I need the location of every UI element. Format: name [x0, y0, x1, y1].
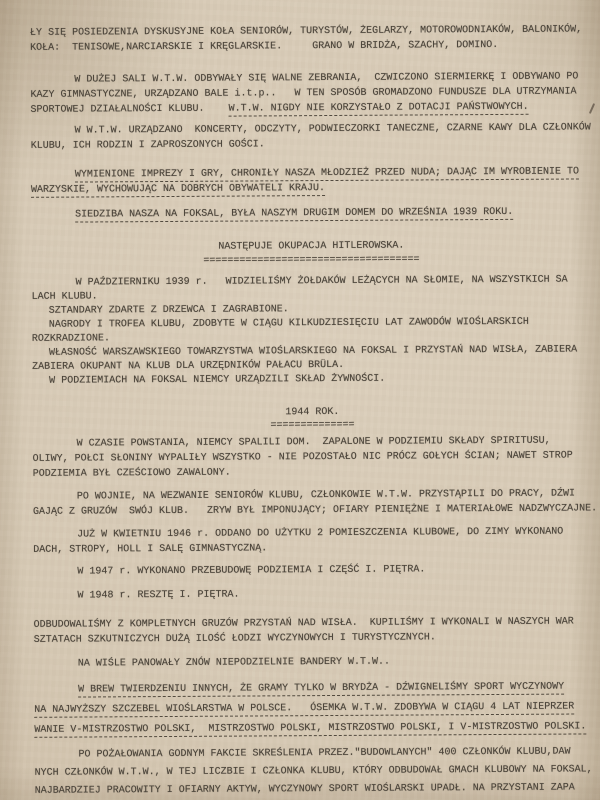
text-run: 1944 ROK. [285, 407, 339, 418]
underlined-text-run: SIEDZIBA NASZA NA FOKSAL, BYŁA NASZYM DR… [75, 207, 513, 223]
text-run: ROZKRADZIONE. [32, 333, 110, 344]
text-run: KLUBU, ICH RODZIN I ZAPROSZONYCH GOŚCI. [31, 139, 265, 151]
text-run: NASTĘPUJE OKUPACJA HITLEROWSKA. [218, 241, 404, 253]
heading-line: ============== [32, 418, 592, 433]
text-run: KOŁA: TENISOWE,NARCIARSKIE I KRĘGLARSKIE… [30, 40, 498, 54]
underlined-text-run: WANIE V-MISTRZOSTWO POLSKI, MISTRZOSTWO … [34, 721, 586, 737]
text-line: PODZIEMIA BYŁ CZEŚCIOWO ZAWALONY. [33, 463, 593, 481]
text-run: NA WIŚLE PANOWAŁY ZNÓW NIEPODZIELNIE BAN… [78, 657, 390, 670]
text-run: W DUŻEJ SALI W.T.W. ODBYWAŁY SIĘ WALNE Z… [74, 71, 578, 85]
text-run: W W.T.W. URZĄDZANO KONCERTY, ODCZYTY, PO… [75, 122, 591, 136]
text-line: KOŁA: TENISOWE,NARCIARSKIE I KRĘGLARSKIE… [30, 37, 590, 55]
text-run: PO WOJNIE, NA WEZWANIE SENIORÓW KLUBU, C… [77, 489, 575, 503]
text-run: GAJĄC Z GRUZÓW SWÓJ KLUB. ZRYW BYŁ IMPON… [33, 503, 597, 517]
text-run: NAJBARDZIEJ PRACOWITY I OFIARNY AKTYW, W… [35, 783, 575, 797]
text-run: W CZASIE POWSTANIA, NIEMCY SPALILI DOM. … [77, 436, 551, 450]
text-line: KLUBU, ICH RODZIN I ZAPROSZONYCH GOŚCI. [31, 135, 591, 153]
text-run: LACH KLUBU. [32, 291, 98, 302]
text-run: W 1948 r. RESZTĘ I. PIĘTRA. [77, 590, 239, 602]
text-run: SZTATACH SZKUTNICZYCH DUŻĄ ILOŚĆ ŁODZI W… [34, 632, 436, 645]
text-line: NA WIŚLE PANOWAŁY ZNÓW NIEPODZIELNIE BAN… [34, 653, 594, 671]
text-run: SZTANDARY ZDARTE Z DRZEWCA I ZAGRABIONE. [49, 304, 289, 316]
typewritten-page: ŁY SIĘ POSIEDZENIA DYSKUSYJNE KOŁA SENIO… [0, 0, 600, 800]
text-run: NYCH CZŁONKÓW W.T.W., W TEJ LICZBIE I CZ… [35, 764, 593, 778]
text-run: DACH, STROPY, HOLL I SALĘ GIMNASTYCZNĄ. [33, 543, 267, 555]
text-line: GAJĄC Z GRUZÓW SWÓJ KLUB. ZRYW BYŁ IMPON… [33, 501, 593, 519]
text-column: ŁY SIĘ POSIEDZENIA DYSKUSYJNE KOŁA SENIO… [30, 22, 595, 800]
text-line: NAJBARDZIEJ PRACOWITY I OFIARNY AKTYW, W… [35, 779, 595, 800]
text-line: SPORTOWEJ DZIAŁALNOŚCI KLUBU. W.T.W. NIG… [30, 99, 590, 117]
text-run: W 1947 r. WYKONANO PRZEBUDOWĘ PODZIEMIA … [77, 564, 425, 577]
underlined-text-run: WARZYSKIE, WYCHOWUJĄC NA DOBRYCH OBYWATE… [31, 183, 325, 198]
text-line: W PODZIEMIACH NA FOKSAL NIEMCY URZĄDZILI… [32, 371, 592, 388]
underlined-text-run: W.T.W. NIGDY NIE KORZYSTAŁO Z DOTACJI PA… [229, 102, 529, 117]
text-line: DACH, STROPY, HOLL I SALĘ GIMNASTYCZNĄ. [33, 539, 593, 557]
text-line: SIEDZIBA NASZA NA FOKSAL, BYŁA NASZYM DR… [31, 204, 591, 222]
text-run: KAZY GIMNASTYCZNE, URZĄDZANO BALE i.t.p.… [30, 86, 576, 100]
text-run: ŁY SIĘ POSIEDZENIA DYSKUSYJNE KOŁA SENIO… [30, 24, 582, 38]
text-run: WŁASNOŚĆ WARSZAWSKIEGO TOWARZYSTWA WIOŚL… [49, 344, 577, 358]
text-line: WANIE V-MISTRZOSTWO POLSKI, MISTRZOSTWO … [34, 717, 594, 740]
text-run: OLIWY, POŁCI SŁONINY WYPALIŁY WSZYSTKO -… [33, 451, 573, 465]
text-run: ==================================== [203, 254, 419, 266]
text-run: W PAŹDZIERNIKU 1939 r. WIDZIELIŚMY ŻOŁDA… [76, 275, 568, 289]
text-line: WARZYSKIE, WYCHOWUJĄC NA DOBRYCH OBYWATE… [31, 179, 591, 197]
text-line: SZTATACH SZKUTNICZYCH DUŻĄ ILOŚĆ ŁODZI W… [34, 629, 594, 647]
underlined-text-run: NA NAJWYŻSZY SZCZEBEL WIOŚLARSTWA W POLS… [34, 702, 574, 718]
text-run: ZABIERA OKUPANT NA KLUB DLA URZĘDNIKÓW P… [32, 360, 344, 373]
text-run: PODZIEMIA BYŁ CZEŚCIOWO ZAWALONY. [33, 468, 231, 480]
text-run: ============== [270, 420, 354, 432]
text-line: W 1947 r. WYKONANO PRZEBUDOWĘ PODZIEMIA … [33, 561, 593, 579]
text-run: PO POŻAŁOWANIA GODNYM FAKCIE SKREŚLENIA … [78, 747, 570, 761]
text-run: SPORTOWEJ DZIAŁALNOŚCI KLUBU. [30, 104, 228, 116]
text-run: W PODZIEMIACH NA FOKSAL NIEMCY URZĄDZILI… [49, 374, 385, 387]
text-run: NAGRODY I TROFEA KLUBU, ZDOBYTE W CIĄGU … [49, 317, 529, 331]
text-run: ODBUDOWALIŚMY Z KOMPLETNYCH GRUZÓW PRZYS… [34, 617, 574, 631]
text-line: W 1948 r. RESZTĘ I. PIĘTRA. [33, 585, 593, 603]
heading-line: ==================================== [31, 252, 591, 268]
text-run: JUŻ W KWIETNIU 1946 r. ODDANO DO UŻYTKU … [77, 527, 563, 541]
underlined-text-run: W BREW TWIERDZENIU INNYCH, ŻE GRAMY TYLK… [78, 682, 564, 698]
